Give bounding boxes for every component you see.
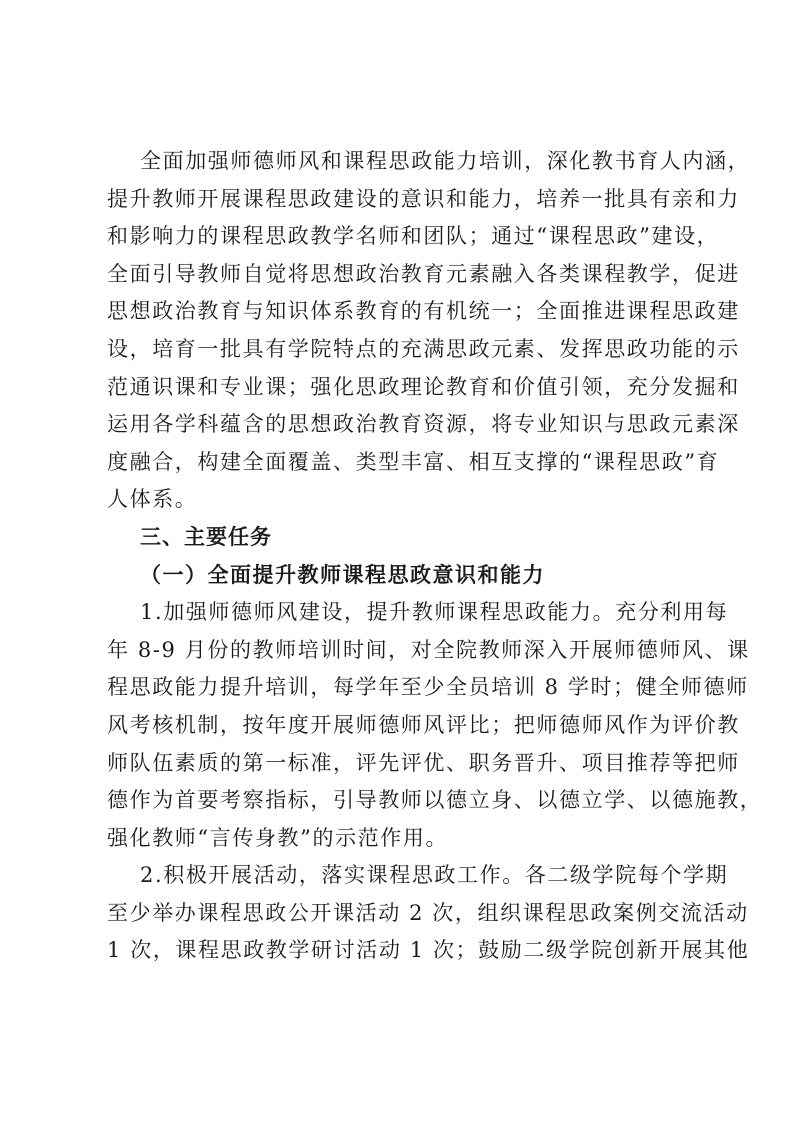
text-line: 思想政治教育与知识体系教育的有机统一；全面推进课程思政建 [107, 293, 697, 331]
text-line: 师队伍素质的第一标准，评先评优、职务晋升、项目推荐等把师 [107, 745, 697, 783]
paragraph-goals: 全面加强师德师风和课程思政能力培训，深化教书育人内涵， 提升教师开展课程思政建设… [107, 143, 697, 519]
text-line: 和影响力的课程思政教学名师和团队；通过“课程思政”建设， [107, 218, 697, 256]
text-line: 度融合，构建全面覆盖、类型丰富、相互支撑的“课程思政”育 [107, 444, 697, 482]
text-line: 强化教师“言传身教”的示范作用。 [107, 820, 697, 858]
text-line: 风考核机制，按年度开展师德师风评比；把师德师风作为评价教 [107, 707, 697, 745]
text-line: 设，培育一批具有学院特点的充满思政元素、发挥思政功能的示 [107, 331, 697, 369]
document-page: 全面加强师德师风和课程思政能力培训，深化教书育人内涵， 提升教师开展课程思政建设… [107, 143, 697, 970]
section-heading: 三、主要任务 [107, 519, 697, 557]
paragraph-task-1: 1.加强师德师风建设，提升教师课程思政能力。充分利用每 年 8-9 月份的教师培… [107, 594, 697, 857]
text-line: 程思政能力提升培训，每学年至少全员培训 8 学时；健全师德师 [107, 669, 697, 707]
text-line: 1 次，课程思政教学研讨活动 1 次；鼓励二级学院创新开展其他 [107, 932, 697, 970]
text-line: 运用各学科蕴含的思想政治教育资源，将专业知识与思政元素深 [107, 406, 697, 444]
paragraph-task-2: 2.积极开展活动，落实课程思政工作。各二级学院每个学期 至少举办课程思政公开课活… [107, 857, 697, 970]
text-line: 1.加强师德师风建设，提升教师课程思政能力。充分利用每 [107, 594, 697, 632]
text-line: 提升教师开展课程思政建设的意识和能力，培养一批具有亲和力 [107, 181, 697, 219]
text-line: 2.积极开展活动，落实课程思政工作。各二级学院每个学期 [107, 857, 697, 895]
text-line: 范通识课和专业课；强化思政理论教育和价值引领，充分发掘和 [107, 369, 697, 407]
text-line: 年 8-9 月份的教师培训时间，对全院教师深入开展师德师风、课 [107, 632, 697, 670]
text-line: 全面加强师德师风和课程思政能力培训，深化教书育人内涵， [107, 143, 697, 181]
text-line: 人体系。 [107, 481, 697, 519]
text-line: 至少举办课程思政公开课活动 2 次，组织课程思政案例交流活动 [107, 895, 697, 933]
text-line: 全面引导教师自觉将思想政治教育元素融入各类课程教学，促进 [107, 256, 697, 294]
subsection-heading: （一）全面提升教师课程思政意识和能力 [107, 557, 697, 595]
text-line: 德作为首要考察指标，引导教师以德立身、以德立学、以德施教， [107, 782, 697, 820]
